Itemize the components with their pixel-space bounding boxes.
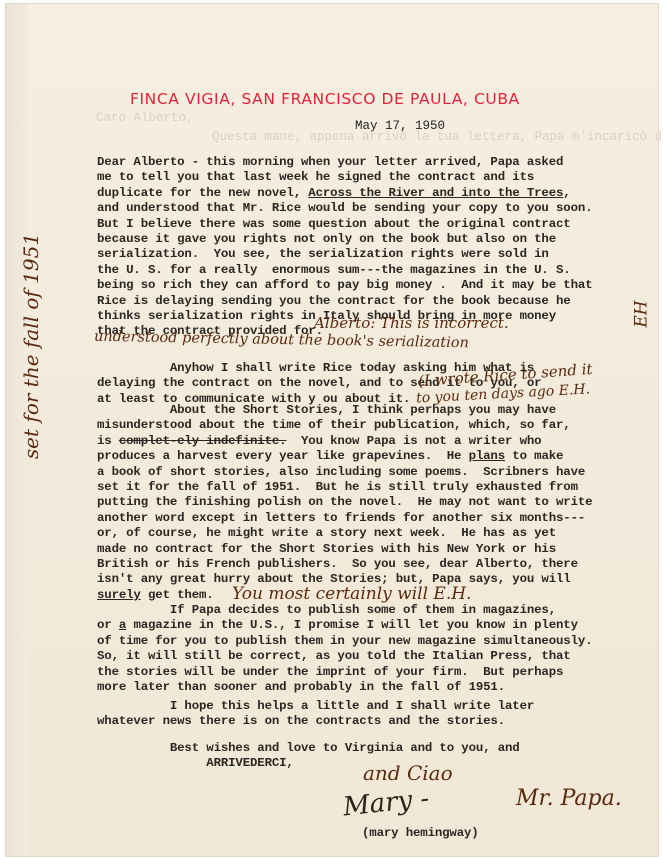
text-line: About the Short Stories, I think perhaps… xyxy=(97,403,592,418)
struck-text: complet-ely indefinite. xyxy=(119,434,287,448)
text-segment: or xyxy=(97,618,119,632)
text-line: and understood that Mr. Rice would be se… xyxy=(97,201,592,216)
text-line: made no contract for the Short Stories w… xyxy=(97,542,592,557)
text-line: misunderstood about the time of their pu… xyxy=(97,418,592,433)
text-line: produces a harvest every year like grape… xyxy=(97,449,592,464)
letter-date: May 17, 1950 xyxy=(355,119,445,133)
text-line: If Papa decides to publish some of them … xyxy=(97,603,592,618)
text-segment: , xyxy=(563,186,570,200)
mary-signature: Mary - xyxy=(342,784,431,823)
paragraph-4: If Papa decides to publish some of them … xyxy=(97,603,592,695)
text-line: because it gave you rights not only on t… xyxy=(97,232,592,247)
text-line: another word except in letters to friend… xyxy=(97,511,592,526)
text-line: or, of course, he might write a story ne… xyxy=(97,526,592,541)
text-line: of time for you to publish them in your … xyxy=(97,634,592,649)
paragraph-5: I hope this helps a little and I shall w… xyxy=(97,699,534,730)
text-segment: get them. xyxy=(141,588,214,602)
note-initials: EH xyxy=(632,300,652,327)
text-line: Rice is delaying sending you the contrac… xyxy=(97,294,592,309)
letter-page: FINCA VIGIA, SAN FRANCISCO DE PAULA, CUB… xyxy=(6,4,658,856)
text-line: set it for the fall of 1951. But he is s… xyxy=(97,480,592,495)
margin-note: set for the fall of 1951 xyxy=(19,233,43,459)
text-segment: duplicate for the new novel, xyxy=(97,186,308,200)
text-line: me to tell you that last week he signed … xyxy=(97,170,592,185)
text-line: Best wishes and love to Virginia and to … xyxy=(97,741,520,756)
text-line: Dear Alberto - this morning when your le… xyxy=(97,155,592,170)
typed-signature: (mary hemingway) xyxy=(362,826,479,841)
text-segment: to make xyxy=(505,449,563,463)
text-segment: produces a harvest every year like grape… xyxy=(97,449,469,463)
text-line: putting the finishing polish on the nove… xyxy=(97,495,592,510)
text-line: more later than sooner and probably in t… xyxy=(97,680,592,695)
text-line: is complet-ely indefinite. You know Papa… xyxy=(97,434,592,449)
text-line: whatever news there is on the contracts … xyxy=(97,714,534,729)
text-line: being so rich they can afford to pay big… xyxy=(97,278,592,293)
text-segment: magazine in the U.S., I promise I will l… xyxy=(126,618,578,632)
text-line: serialization. You see, the serializatio… xyxy=(97,247,592,262)
text-line: duplicate for the new novel, Across the … xyxy=(97,186,592,201)
text-line: But I believe there was some question ab… xyxy=(97,217,592,232)
text-line: ARRIVEDERCI, xyxy=(97,756,520,771)
novel-title: Across the River and into the Trees xyxy=(308,186,563,200)
underlined-word: plans xyxy=(469,449,505,463)
letterhead: FINCA VIGIA, SAN FRANCISCO DE PAULA, CUB… xyxy=(130,90,550,108)
text-line: So, it will still be correct, as you tol… xyxy=(97,649,592,664)
note-certainly-will: You most certainly will E.H. xyxy=(232,584,471,604)
text-line: I hope this helps a little and I shall w… xyxy=(97,699,534,714)
underlined-word: surely xyxy=(97,588,141,602)
paragraph-1: Dear Alberto - this morning when your le… xyxy=(97,155,592,340)
text-line: a book of short stories, also including … xyxy=(97,465,592,480)
ghost-salutation: Caro Alberto, xyxy=(96,111,194,125)
and-ciao: and Ciao xyxy=(363,761,453,785)
text-line: British or his French publishers. So you… xyxy=(97,557,592,572)
note-incorrect-line1: Alberto: This is incorrect. xyxy=(314,314,509,332)
text-line: the stories will be under the imprint of… xyxy=(97,665,592,680)
text-line: the U. S. for a really enormous sum---th… xyxy=(97,263,592,278)
text-line: or a magazine in the U.S., I promise I w… xyxy=(97,618,592,633)
paragraph-3: About the Short Stories, I think perhaps… xyxy=(97,403,592,603)
papa-signature: Mr. Papa. xyxy=(516,786,622,811)
closing: Best wishes and love to Virginia and to … xyxy=(97,741,520,772)
text-segment: is xyxy=(97,434,119,448)
text-segment: You know Papa is not a writer who xyxy=(286,434,541,448)
